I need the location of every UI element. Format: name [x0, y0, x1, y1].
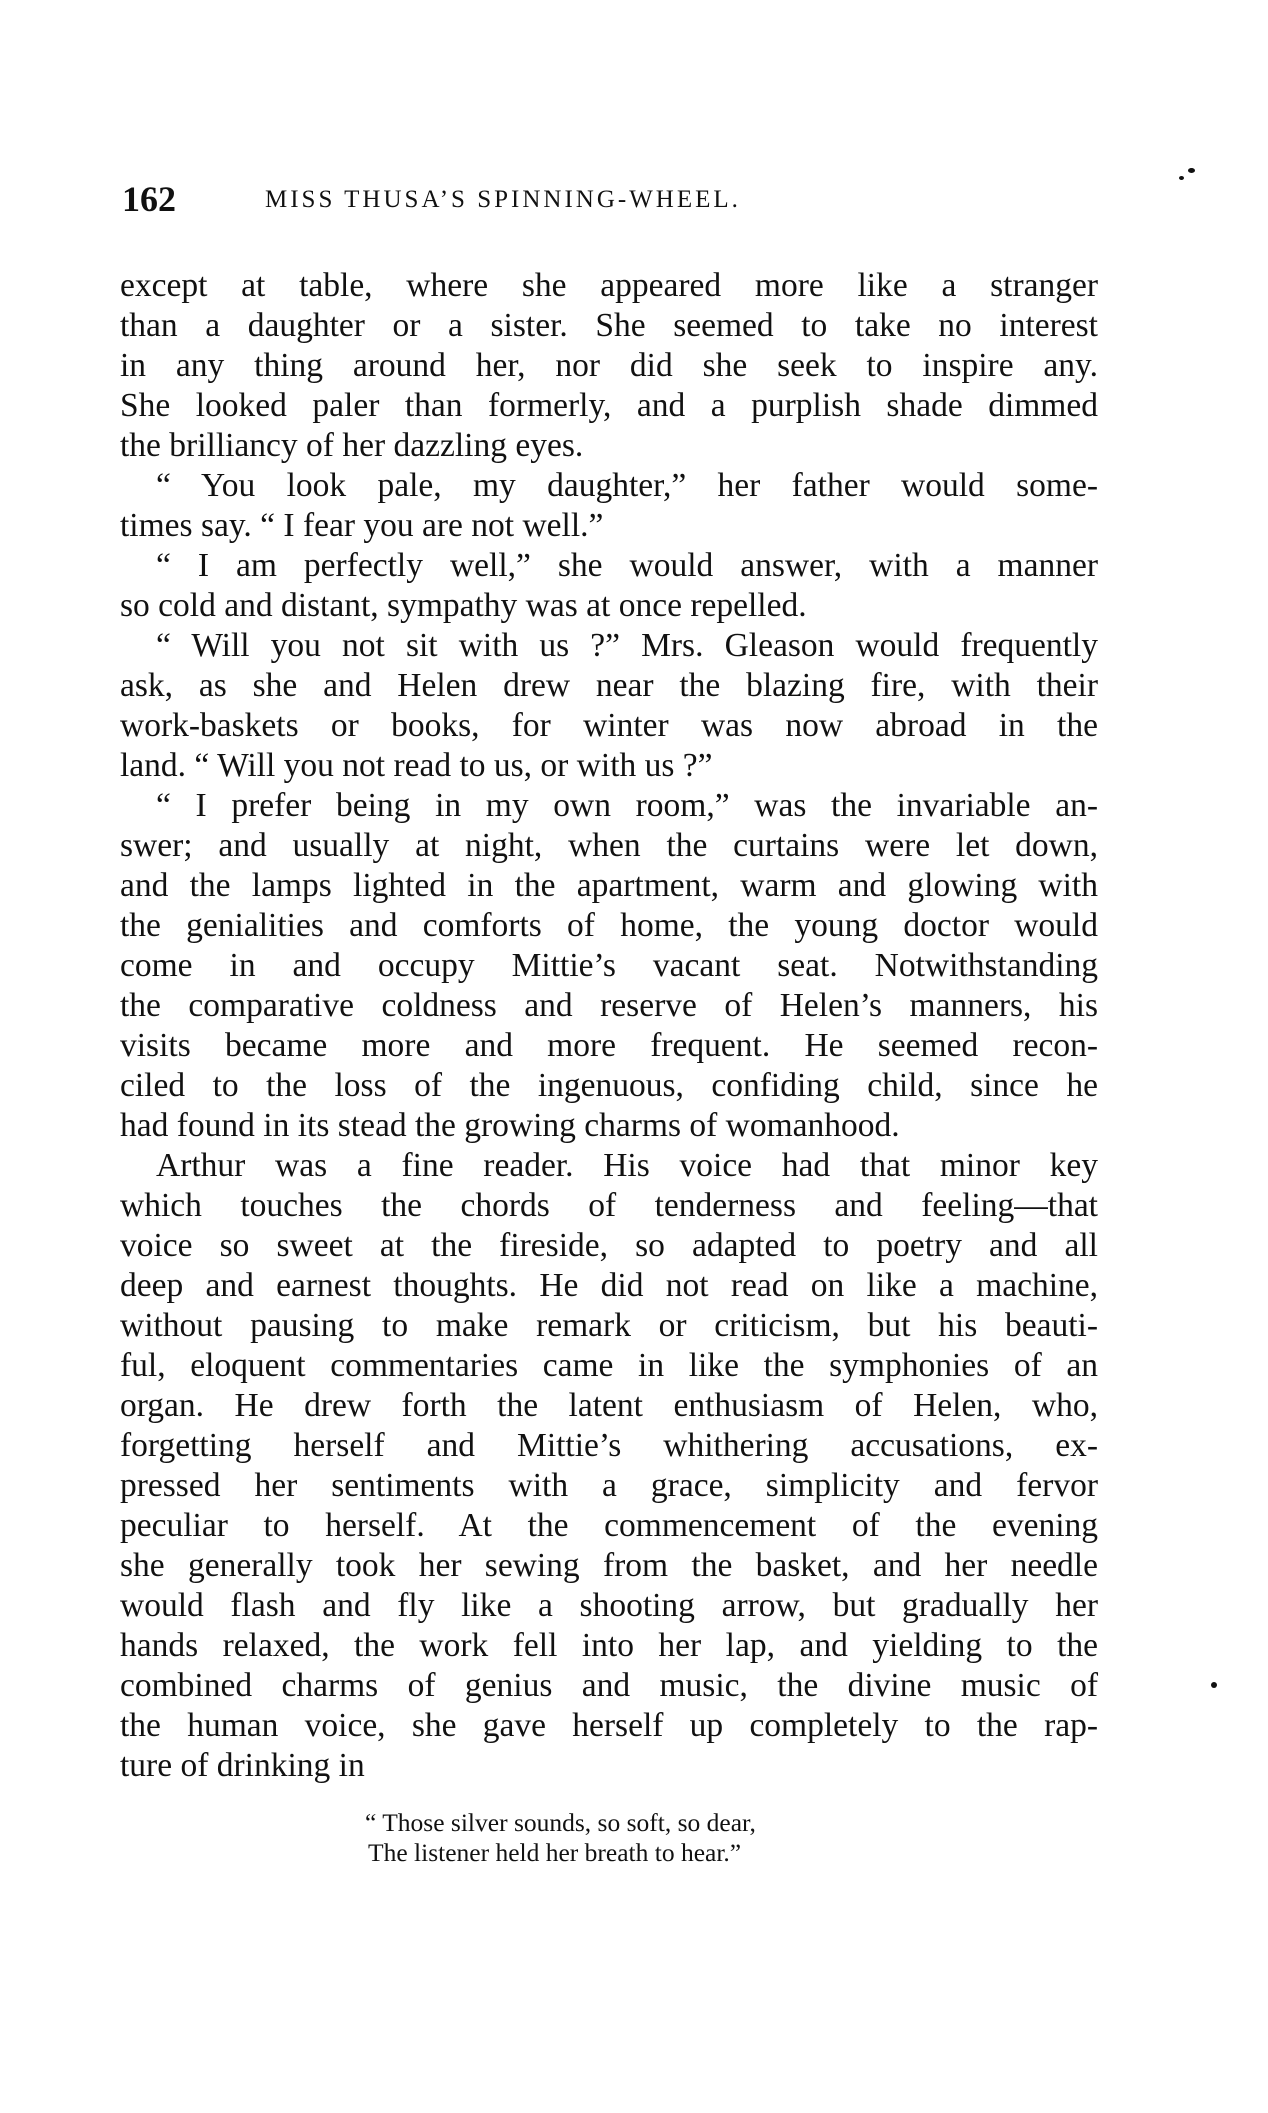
- text-line: land. “ Will you not read to us, or with…: [120, 746, 1098, 786]
- scan-speck: [1179, 176, 1184, 180]
- text-line: pressed her sentiments with a grace, sim…: [120, 1466, 1098, 1506]
- body-text: except at table, where she appeared more…: [120, 266, 1098, 1786]
- text-line: would flash and fly like a shooting arro…: [120, 1586, 1098, 1626]
- poem-quotation: “ Those silver sounds, so soft, so dear,…: [365, 1808, 865, 1868]
- text-line: hands relaxed, the work fell into her la…: [120, 1626, 1098, 1666]
- text-line: which touches the chords of tenderness a…: [120, 1186, 1098, 1226]
- text-line: combined charms of genius and music, the…: [120, 1666, 1098, 1706]
- text-line: visits became more and more frequent. He…: [120, 1026, 1098, 1066]
- text-line: organ. He drew forth the latent enthusia…: [120, 1386, 1098, 1426]
- poem-line: “ Those silver sounds, so soft, so dear,: [365, 1808, 865, 1838]
- text-line: times say. “ I fear you are not well.”: [120, 506, 1098, 546]
- running-title: MISS THUSA’S SPINNING-WHEEL.: [265, 186, 741, 214]
- running-head: 162 MISS THUSA’S SPINNING-WHEEL.: [120, 178, 1100, 222]
- text-line: “ I am perfectly well,” she would answer…: [120, 546, 1098, 586]
- text-line: deep and earnest thoughts. He did not re…: [120, 1266, 1098, 1306]
- text-line: the comparative coldness and reserve of …: [120, 986, 1098, 1026]
- text-line: swer; and usually at night, when the cur…: [120, 826, 1098, 866]
- text-line: “ I prefer being in my own room,” was th…: [120, 786, 1098, 826]
- text-line: She looked paler than formerly, and a pu…: [120, 386, 1098, 426]
- poem-line: The listener held her breath to hear.”: [365, 1838, 865, 1868]
- text-line: she generally took her sewing from the b…: [120, 1546, 1098, 1586]
- text-line: except at table, where she appeared more…: [120, 266, 1098, 306]
- text-line: “ You look pale, my daughter,” her fathe…: [120, 466, 1098, 506]
- text-line: work-baskets or books, for winter was no…: [120, 706, 1098, 746]
- text-line: ture of drinking in: [120, 1746, 1098, 1786]
- text-line: had found in its stead the growing charm…: [120, 1106, 1098, 1146]
- text-line: ciled to the loss of the ingenuous, conf…: [120, 1066, 1098, 1106]
- text-line: come in and occupy Mittie’s vacant seat.…: [120, 946, 1098, 986]
- text-line: “ Will you not sit with us ?” Mrs. Gleas…: [120, 626, 1098, 666]
- text-line: voice so sweet at the fireside, so adapt…: [120, 1226, 1098, 1266]
- text-line: peculiar to herself. At the commencement…: [120, 1506, 1098, 1546]
- text-line: ful, eloquent commentaries came in like …: [120, 1346, 1098, 1386]
- text-line: the genialities and comforts of home, th…: [120, 906, 1098, 946]
- text-line: in any thing around her, nor did she see…: [120, 346, 1098, 386]
- scan-speck: [1211, 1682, 1217, 1688]
- text-line: than a daughter or a sister. She seemed …: [120, 306, 1098, 346]
- text-line: ask, as she and Helen drew near the blaz…: [120, 666, 1098, 706]
- text-line: so cold and distant, sympathy was at onc…: [120, 586, 1098, 626]
- book-page: 162 MISS THUSA’S SPINNING-WHEEL. except …: [0, 0, 1268, 2113]
- text-line: forgetting herself and Mittie’s whitheri…: [120, 1426, 1098, 1466]
- text-line: the brilliancy of her dazzling eyes.: [120, 426, 1098, 466]
- scan-speck: [1188, 168, 1195, 173]
- text-line: the human voice, she gave herself up com…: [120, 1706, 1098, 1746]
- text-line: without pausing to make remark or critic…: [120, 1306, 1098, 1346]
- text-line: and the lamps lighted in the apartment, …: [120, 866, 1098, 906]
- text-line: Arthur was a fine reader. His voice had …: [120, 1146, 1098, 1186]
- page-number: 162: [122, 178, 176, 220]
